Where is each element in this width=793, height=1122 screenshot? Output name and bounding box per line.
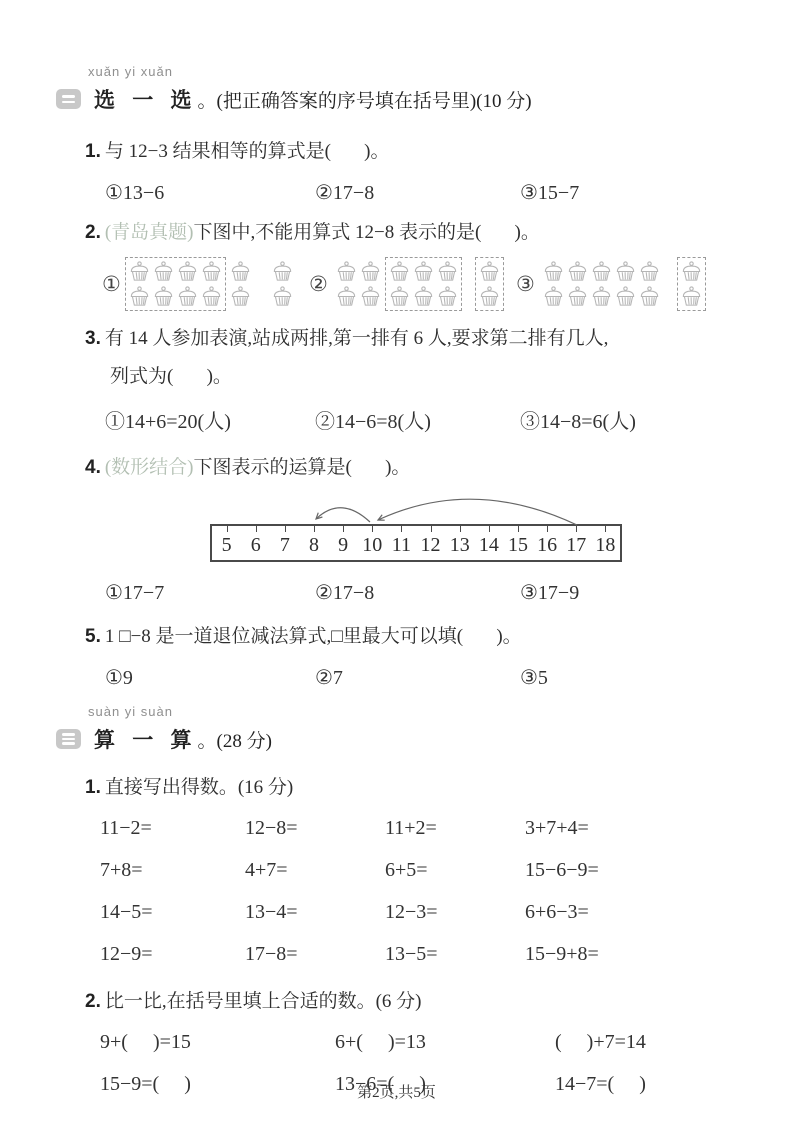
section-calc-title: 算 一 算。(28 分) — [94, 724, 272, 754]
cupcake-icon — [271, 260, 294, 283]
dashed-group-box — [125, 257, 226, 311]
number-line-value: 5 — [212, 526, 241, 560]
cupcake-icon — [335, 260, 358, 283]
question-text-line2: 列式为( )。 — [110, 365, 743, 389]
option: ③17−9 — [520, 580, 579, 605]
cupcake-icon — [590, 285, 613, 308]
cupcake-figures-row: ①②③ — [102, 257, 743, 311]
cupcake-column — [359, 260, 382, 308]
cupcake-column — [566, 260, 589, 308]
cupcake-column — [478, 260, 501, 308]
question-text: 有 14 人参加表演,站成两排,第一排有 6 人,要求第二排有几人, — [105, 328, 609, 349]
fill-blank-expression: 9+( )=15 — [100, 1030, 335, 1054]
number-line-value: 8 — [299, 526, 328, 560]
cupcake-icon — [335, 285, 358, 308]
cupcake-icon — [200, 260, 223, 283]
cupcake-group — [226, 257, 255, 311]
figure-segments — [332, 257, 504, 311]
cupcake-icon — [542, 285, 565, 308]
section-number-badge-two — [56, 89, 81, 109]
figure-label: ① — [102, 272, 121, 297]
figure-label: ③ — [516, 272, 535, 297]
cupcake-icon — [176, 285, 199, 308]
question-text: 直接写出得数。(16 分) — [105, 777, 293, 798]
math-expression: 14−5= — [100, 900, 245, 924]
section-number-badge-three — [56, 729, 81, 749]
question-5: 5.1 □−8 是一道退位减法算式,□里最大可以填( )。 — [85, 625, 743, 649]
cupcake-column — [335, 260, 358, 308]
dashed-group-box — [385, 257, 462, 311]
cupcake-group — [539, 257, 664, 311]
badge-bar — [62, 738, 75, 741]
cupcake-column — [128, 260, 151, 308]
worksheet-page: xuǎn yi xuǎn 选 一 选。(把正确答案的序号填在括号里)(10 分)… — [0, 0, 793, 1122]
cupcake-column — [412, 260, 435, 308]
question-text: 下图中,不能用算式 12−8 表示的是( )。 — [194, 222, 540, 243]
question-number: 4. — [85, 457, 101, 478]
math-expression: 15−6−9= — [525, 858, 743, 882]
question-method-tag: (数形结合) — [105, 457, 194, 478]
question-1: 1.与 12−3 结果相等的算式是( )。 — [85, 140, 743, 164]
section-calc-note: 。(28 分) — [198, 731, 272, 752]
subtraction-arcs-icon — [210, 490, 622, 528]
figure-segments — [539, 257, 706, 311]
dashed-group-box — [677, 257, 706, 311]
question-number: 1. — [85, 141, 101, 162]
section-choose-pinyin: xuǎn yi xuǎn — [88, 64, 743, 79]
badge-bar — [62, 733, 75, 736]
number-line-value: 14 — [474, 526, 503, 560]
cupcake-icon — [566, 260, 589, 283]
option: ②17−8 — [315, 580, 520, 605]
section-choose-title: 选 一 选。(把正确答案的序号填在括号里)(10 分) — [94, 84, 532, 114]
cupcake-icon — [229, 260, 252, 283]
math-expression: 6+5= — [385, 858, 525, 882]
cupcake-icon — [436, 260, 459, 283]
math-expression: 12−8= — [245, 816, 385, 840]
option: ②7 — [315, 665, 520, 690]
cupcake-column — [152, 260, 175, 308]
section-choose-header: 选 一 选。(把正确答案的序号填在括号里)(10 分) — [56, 84, 743, 114]
question-4-options: ①17−7②17−8③17−9 — [105, 580, 743, 605]
cupcake-icon — [388, 285, 411, 308]
option: ③14−8=6(人) — [520, 405, 636, 434]
section-title-text: 选 一 选 — [94, 88, 198, 112]
option: ①9 — [105, 665, 315, 690]
cupcake-column — [590, 260, 613, 308]
section-title-text: 算 一 算 — [94, 728, 198, 752]
question-number: 2. — [85, 222, 101, 243]
cupcake-icon — [388, 260, 411, 283]
cupcake-icon — [176, 260, 199, 283]
math-expression: 6+6−3= — [525, 900, 743, 924]
number-line-value: 13 — [445, 526, 474, 560]
math-expression: 4+7= — [245, 858, 385, 882]
cupcake-icon — [590, 260, 613, 283]
cupcake-icon — [566, 285, 589, 308]
cupcake-icon — [128, 285, 151, 308]
cupcake-icon — [680, 260, 703, 283]
cupcake-column — [638, 260, 661, 308]
mental-math-grid: 11−2=12−8=11+2=3+7+4=7+8=4+7=6+5=15−6−9=… — [100, 816, 743, 966]
math-expression: 11+2= — [385, 816, 525, 840]
question-text: 1 □−8 是一道退位减法算式,□里最大可以填( )。 — [105, 626, 522, 647]
math-expression: 15−9+8= — [525, 942, 743, 966]
question-text: 与 12−3 结果相等的算式是( )。 — [105, 141, 390, 162]
math-expression: 11−2= — [100, 816, 245, 840]
math-expression: 7+8= — [100, 858, 245, 882]
question-number: 2. — [85, 991, 101, 1012]
fill-blank-expression: ( )+7=14 — [555, 1030, 743, 1054]
number-line-value: 6 — [241, 526, 270, 560]
question-3: 3.有 14 人参加表演,站成两排,第一排有 6 人,要求第二排有几人, 列式为… — [85, 327, 743, 389]
question-3-options: ①14+6=20(人)②14−6=8(人)③14−8=6(人) — [105, 405, 743, 434]
cupcake-icon — [542, 260, 565, 283]
badge-bar — [62, 742, 75, 745]
question-4: 4.(数形结合)下图表示的运算是( )。 — [85, 456, 743, 480]
cupcake-icon — [436, 285, 459, 308]
cupcake-icon — [128, 260, 151, 283]
cupcake-column — [436, 260, 459, 308]
number-line-value: 18 — [591, 526, 620, 560]
cupcake-icon — [478, 285, 501, 308]
cupcake-icon — [412, 285, 435, 308]
math-expression: 12−9= — [100, 942, 245, 966]
question-text: 下图表示的运算是( )。 — [194, 457, 411, 478]
cupcake-icon — [638, 260, 661, 283]
figure-segments — [125, 257, 297, 311]
option: ①14+6=20(人) — [105, 405, 315, 434]
cupcake-group — [332, 257, 385, 311]
option: ③5 — [520, 665, 548, 690]
option: ③15−7 — [520, 180, 579, 205]
cupcake-group — [268, 257, 297, 311]
question-1-options: ①13−6②17−8③15−7 — [105, 180, 743, 205]
math-expression: 17−8= — [245, 942, 385, 966]
cupcake-column — [200, 260, 223, 308]
question-number: 3. — [85, 328, 101, 349]
question-source-tag: (青岛真题) — [105, 222, 194, 243]
number-line-value: 17 — [562, 526, 591, 560]
section-calc-pinyin: suàn yi suàn — [88, 704, 743, 719]
math-expression: 13−4= — [245, 900, 385, 924]
number-line-value: 16 — [533, 526, 562, 560]
figure-label: ② — [309, 272, 328, 297]
cupcake-icon — [359, 285, 382, 308]
badge-bar — [62, 101, 75, 104]
option: ①13−6 — [105, 180, 315, 205]
math-expression: 13−5= — [385, 942, 525, 966]
question-number: 1. — [85, 777, 101, 798]
section-calc-header: 算 一 算。(28 分) — [56, 724, 743, 754]
question-5-options: ①9②7③5 — [105, 665, 743, 690]
question-2: 2.(青岛真题)下图中,不能用算式 12−8 表示的是( )。 — [85, 221, 743, 245]
section-choose-note: 。(把正确答案的序号填在括号里)(10 分) — [198, 91, 532, 112]
number-line-value: 9 — [329, 526, 358, 560]
option: ①17−7 — [105, 580, 315, 605]
number-line-box: 56789101112131415161718 — [210, 524, 622, 562]
math-expression: 3+7+4= — [525, 816, 743, 840]
calc-question-1: 1.直接写出得数。(16 分) — [85, 776, 743, 800]
math-expression: 12−3= — [385, 900, 525, 924]
calc-question-2: 2.比一比,在括号里填上合适的数。(6 分) — [85, 990, 743, 1014]
cupcake-column — [542, 260, 565, 308]
cupcake-column — [176, 260, 199, 308]
number-line-value: 12 — [416, 526, 445, 560]
fill-blank-expression: 6+( )=13 — [335, 1030, 555, 1054]
cupcake-icon — [152, 285, 175, 308]
cupcake-icon — [638, 285, 661, 308]
cupcake-figure: ① — [102, 257, 309, 311]
cupcake-icon — [359, 260, 382, 283]
number-line-value: 7 — [270, 526, 299, 560]
question-number: 5. — [85, 626, 101, 647]
badge-bar — [62, 95, 75, 98]
number-line-value: 10 — [358, 526, 387, 560]
number-line-value: 15 — [503, 526, 532, 560]
cupcake-icon — [680, 285, 703, 308]
number-line-value: 11 — [387, 526, 416, 560]
cupcake-icon — [152, 260, 175, 283]
question-text: 比一比,在括号里填上合适的数。(6 分) — [105, 991, 422, 1012]
cupcake-column — [680, 260, 703, 308]
page-footer: 第2页,共5页 — [0, 1081, 793, 1102]
cupcake-column — [229, 260, 252, 308]
cupcake-icon — [200, 285, 223, 308]
cupcake-icon — [478, 260, 501, 283]
cupcake-column — [388, 260, 411, 308]
dashed-group-box — [475, 257, 504, 311]
cupcake-icon — [229, 285, 252, 308]
cupcake-icon — [614, 285, 637, 308]
cupcake-figure: ③ — [516, 257, 706, 311]
cupcake-column — [271, 260, 294, 308]
option: ②17−8 — [315, 180, 520, 205]
option: ②14−6=8(人) — [315, 405, 520, 434]
cupcake-icon — [614, 260, 637, 283]
cupcake-figure: ② — [309, 257, 516, 311]
cupcake-column — [614, 260, 637, 308]
cupcake-icon — [412, 260, 435, 283]
cupcake-icon — [271, 285, 294, 308]
number-line-figure: 56789101112131415161718 — [210, 524, 622, 562]
